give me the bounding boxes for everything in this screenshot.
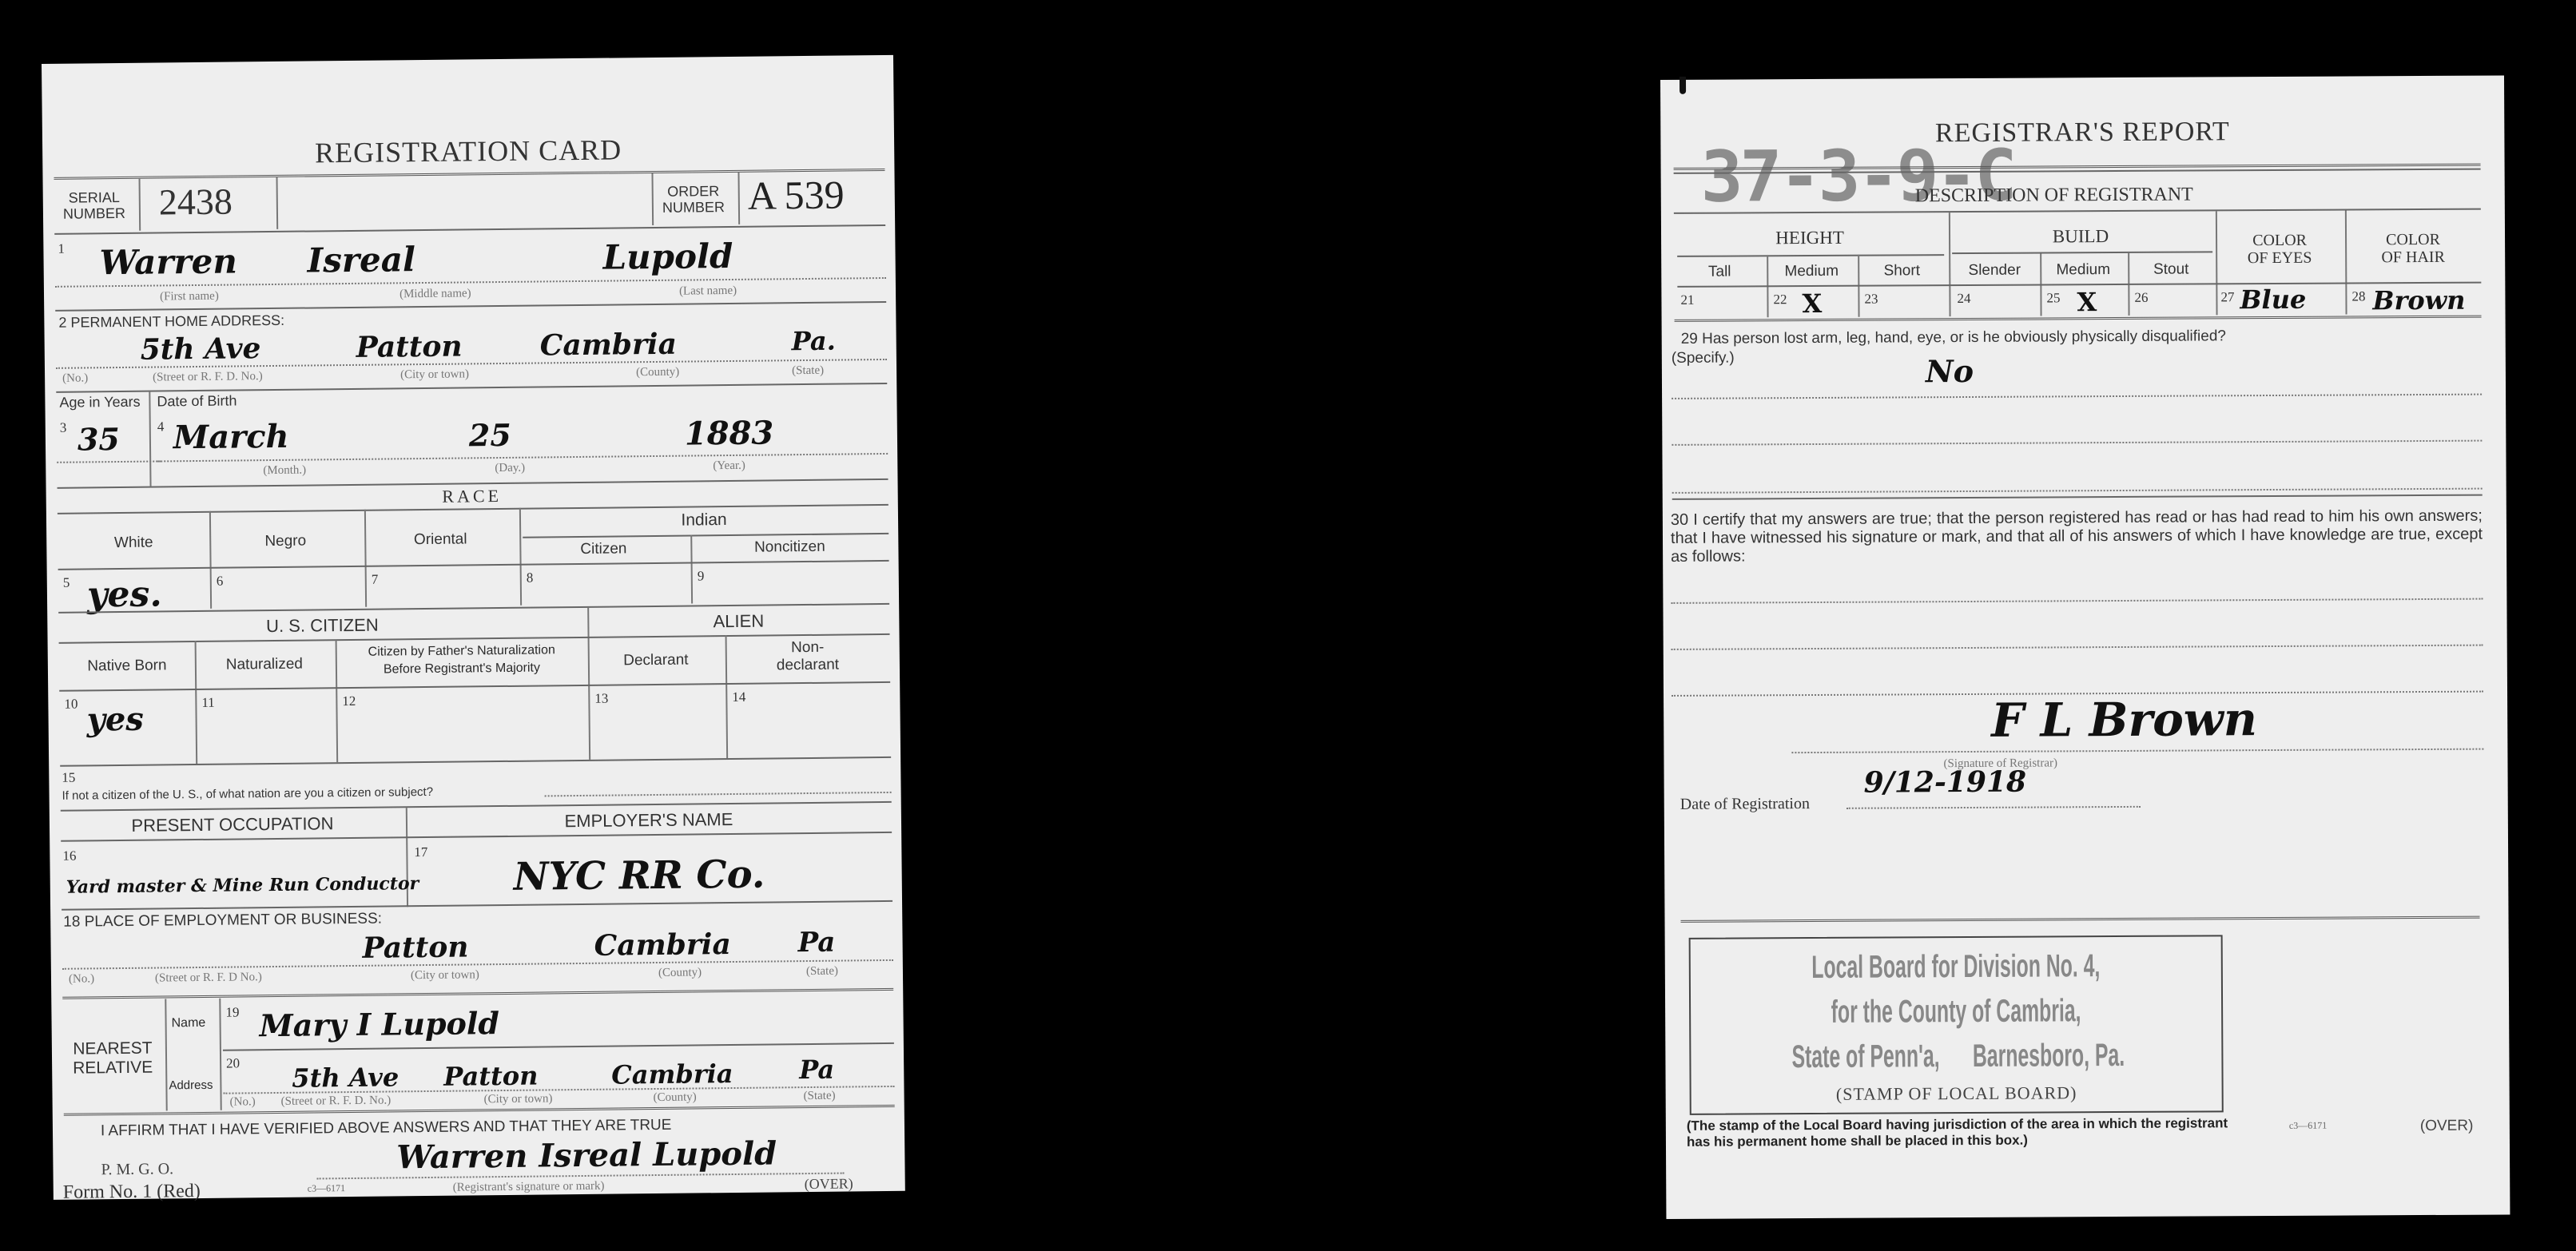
hair-header-line2: OF HAIR: [2345, 248, 2481, 267]
divider: [1672, 494, 2483, 500]
race-white-value: yes.: [87, 574, 162, 615]
field-number: 25: [2046, 290, 2060, 306]
caption: (City or town): [400, 367, 469, 382]
race-col-negro: Negro: [209, 532, 361, 551]
col-citizen-by-father-line2: Before Registrant's Majority: [336, 659, 588, 679]
last-name: Lupold: [602, 236, 733, 277]
order-label: ORDER NUMBER: [655, 183, 732, 216]
field-number: 26: [2134, 290, 2148, 306]
caption: (State): [792, 364, 824, 378]
dotted-line: [545, 792, 892, 797]
hair-header: COLOR OF HAIR: [2345, 231, 2481, 267]
height-medium-mark: X: [1802, 288, 1822, 319]
caption: (No.): [230, 1095, 256, 1109]
caption: (County): [636, 366, 679, 380]
height-header: HEIGHT: [1674, 227, 1946, 249]
home-street: 5th Ave: [141, 332, 261, 367]
dotted-line: [1672, 440, 2482, 446]
eyes-header: COLOR OF EYES: [2216, 232, 2343, 268]
caption: (Street or R. F. D. No.): [281, 1094, 392, 1108]
relative-name-label: Name: [171, 1016, 205, 1031]
stamp-line: Local Board for Division No. 4,: [1791, 943, 2121, 990]
stamp-caption: (STAMP OF LOCAL BOARD): [1691, 1082, 2222, 1105]
print-code: c3—6171: [308, 1182, 345, 1194]
registrant-signature: Warren Isreal Lupold: [396, 1134, 777, 1176]
relative-address-label: Address: [169, 1078, 213, 1093]
divider: [219, 999, 221, 1110]
home-state: Pa.: [791, 326, 835, 357]
divider: [54, 224, 885, 235]
q29-question: 29 Has person lost arm, leg, hand, eye, …: [1681, 328, 2226, 348]
height-col-medium: Medium: [1767, 263, 1856, 281]
serial-label-line1: SERIAL: [56, 189, 133, 206]
over-label: (OVER): [2420, 1118, 2474, 1135]
employer-header: EMPLOYER'S NAME: [406, 808, 892, 833]
report-subtitle: DESCRIPTION OF REGISTRANT: [1915, 185, 2193, 208]
field-number: 9: [698, 568, 705, 584]
serial-number: 2438: [159, 181, 233, 224]
field-number: 8: [527, 570, 534, 586]
q29-answer: No: [1926, 353, 1974, 389]
eye-color-value: Blue: [2240, 284, 2306, 315]
address-label: 2 PERMANENT HOME ADDRESS:: [58, 312, 284, 332]
col-citizen-by-father: Citizen by Father's Naturalization Befor…: [336, 641, 588, 679]
over-label: (OVER): [805, 1175, 853, 1193]
caption: (City or town): [484, 1092, 553, 1106]
eyes-header-line1: COLOR: [2216, 232, 2343, 250]
caption: (City or town): [411, 968, 479, 983]
build-col-stout: Stout: [2128, 260, 2214, 279]
alien-header: ALIEN: [587, 610, 889, 633]
field-number: 19: [225, 1004, 239, 1020]
divider: [223, 1042, 894, 1051]
caption: (Registrant's signature or mark): [453, 1180, 605, 1195]
caption: (No.): [69, 972, 94, 986]
dob-day: 25: [469, 417, 511, 454]
divider: [737, 173, 740, 224]
punch-mark: [1680, 77, 1686, 94]
indian-header: Indian: [519, 509, 888, 532]
divider: [1681, 916, 2480, 923]
local-board-stamp-box: Local Board for Division No. 4, for the …: [1689, 935, 2224, 1114]
dotted-line: [1672, 645, 2483, 650]
dob-year: 1883: [685, 414, 774, 452]
field-number: 13: [594, 691, 608, 707]
col-non-declarant-line2: declarant: [725, 656, 890, 675]
pmgo-label: P. M. G. O.: [101, 1160, 173, 1179]
field-number: 21: [1680, 292, 1694, 308]
caption: (State): [806, 965, 838, 979]
q29-specify: (Specify.): [1672, 350, 1735, 367]
relative-state: Pa: [799, 1054, 834, 1085]
divider: [59, 681, 890, 692]
field-number: 4: [157, 419, 165, 435]
col-naturalized: Naturalized: [195, 655, 334, 674]
caption: (County): [654, 1090, 697, 1105]
col-non-declarant-line1: Non-: [725, 638, 890, 657]
relative-city: Patton: [443, 1061, 539, 1092]
divider: [139, 179, 141, 231]
eyes-header-line2: OF EYES: [2216, 249, 2343, 268]
field-number: 14: [732, 689, 745, 705]
divider: [651, 173, 654, 225]
divider: [60, 757, 891, 767]
divider: [149, 392, 151, 486]
dotted-line: [57, 460, 161, 463]
order-label-line2: NUMBER: [655, 199, 732, 216]
divider: [1952, 251, 2212, 254]
field-number: 6: [217, 574, 224, 590]
home-county: Cambria: [540, 328, 678, 363]
caption: (County): [658, 966, 702, 980]
field-number: 10: [64, 697, 78, 713]
caption: (Street or R. F. D. No.): [153, 370, 263, 384]
stamp-line: State of Penn'a, Barnesboro, Pa.: [1791, 1033, 2121, 1079]
home-city: Patton: [356, 330, 463, 364]
divider: [58, 560, 889, 570]
middle-name: Isreal: [307, 240, 415, 280]
registration-date-value: 9/12-1918: [1863, 765, 2026, 800]
registrars-report-card: REGISTRAR'S REPORT 37-3-9-C DESCRIPTION …: [1660, 75, 2510, 1219]
hair-color-value: Brown: [2372, 285, 2465, 316]
height-col-short: Short: [1858, 262, 1946, 280]
divider: [64, 1105, 895, 1116]
q15-question: If not a citizen of the U. S., of what n…: [62, 785, 434, 803]
field-number: 20: [226, 1055, 240, 1071]
field-number: 16: [62, 848, 76, 864]
build-col-slender: Slender: [1950, 262, 2038, 280]
registration-date-label: Date of Registration: [1680, 795, 1810, 814]
dotted-line: [1672, 394, 2482, 399]
height-col-tall: Tall: [1674, 263, 1765, 281]
dotted-line: [1672, 488, 2483, 494]
nearest-relative-label: NEAREST RELATIVE: [63, 1039, 162, 1078]
caption: (Middle name): [400, 287, 471, 301]
caption: (Street or R. F. D No.): [155, 971, 262, 985]
caption: (Month.): [263, 464, 306, 479]
divider: [276, 177, 279, 229]
field-number: 17: [414, 844, 427, 860]
field-number: 11: [201, 695, 215, 711]
dob-label: Date of Birth: [157, 392, 237, 410]
indian-col-noncitizen: Noncitizen: [690, 538, 888, 558]
hair-header-line1: COLOR: [2345, 231, 2481, 249]
field-number: 7: [372, 572, 379, 588]
stamp-line: for the County of Cambria,: [1791, 988, 2121, 1035]
employment-state: Pa: [797, 927, 835, 959]
order-number: A 539: [747, 171, 844, 218]
caption: (Last name): [679, 284, 737, 299]
dob-month: March: [173, 418, 289, 457]
col-declarant: Declarant: [588, 651, 724, 670]
registrar-signature: F L Brown: [1991, 692, 2257, 748]
col-citizen-by-father-line1: Citizen by Father's Naturalization: [336, 641, 588, 661]
stamp-note: (The stamp of the Local Board having jur…: [1687, 1115, 2230, 1150]
field-number: 3: [60, 420, 67, 436]
caption: (State): [803, 1090, 835, 1103]
form-number: Form No. 1 (Red): [63, 1181, 201, 1204]
race-col-white: White: [58, 534, 209, 553]
q30-certification: 30 I certify that my answers are true; t…: [1671, 507, 2483, 566]
field-number: 23: [1864, 292, 1878, 308]
first-name: Warren: [99, 241, 237, 282]
field-number: 27: [2220, 289, 2234, 305]
dotted-line: [1847, 806, 2141, 809]
divider: [364, 510, 367, 607]
field-number: 1: [58, 241, 65, 257]
field-number: 5: [63, 575, 70, 591]
race-col-oriental: Oriental: [364, 530, 516, 550]
order-label-line1: ORDER: [655, 183, 732, 200]
stamp-lines: Local Board for Division No. 4, for the …: [1691, 943, 2222, 1079]
divider: [62, 988, 893, 999]
indian-col-citizen: Citizen: [519, 540, 687, 559]
age-label: Age in Years: [59, 394, 140, 411]
print-code: c3—6171: [2289, 1120, 2327, 1132]
relative-county: Cambria: [611, 1058, 733, 1090]
dotted-line: [1671, 598, 2483, 604]
dotted-line: [1791, 749, 2483, 754]
caption: (Day.): [495, 462, 525, 475]
relative-street: 5th Ave: [292, 1062, 399, 1093]
field-number: 22: [1773, 292, 1787, 308]
age-value: 35: [78, 421, 120, 458]
build-medium-mark: X: [2077, 287, 2097, 317]
divider: [209, 511, 212, 609]
nearest-relative-line2: RELATIVE: [63, 1058, 162, 1078]
divider: [165, 999, 167, 1110]
field-number: 24: [1957, 291, 1970, 307]
field-number: 15: [62, 770, 75, 786]
col-native-born: Native Born: [59, 657, 195, 676]
field-number: 28: [2351, 288, 2365, 304]
caption: (First name): [160, 290, 219, 304]
caption: (No.): [62, 371, 88, 385]
employer-value: NYC RR Co.: [513, 852, 765, 900]
registration-card: REGISTRATION CARD SERIAL NUMBER 2438 ORD…: [42, 55, 905, 1200]
us-citizen-header: U. S. CITIZEN: [58, 613, 586, 639]
native-born-value: yes: [86, 701, 144, 739]
employment-city: Patton: [362, 930, 468, 964]
place-label: 18 PLACE OF EMPLOYMENT OR BUSINESS:: [63, 911, 382, 931]
divider: [62, 900, 892, 911]
caption: (Year.): [713, 459, 745, 473]
serial-label-line2: NUMBER: [56, 205, 133, 222]
occupation-value: Yard master & Mine Run Conductor: [66, 873, 419, 898]
build-col-medium: Medium: [2040, 261, 2126, 280]
col-non-declarant: Non- declarant: [725, 638, 890, 675]
nearest-relative-line1: NEAREST: [63, 1039, 162, 1058]
build-header: BUILD: [1949, 225, 2212, 248]
serial-label: SERIAL NUMBER: [56, 189, 133, 222]
field-number: 12: [342, 693, 356, 709]
divider: [1677, 254, 1944, 257]
employment-county: Cambria: [594, 927, 731, 963]
card-title: REGISTRATION CARD: [42, 130, 894, 173]
occupation-header: PRESENT OCCUPATION: [61, 812, 404, 837]
relative-name-value: Mary I Lupold: [259, 1005, 499, 1043]
